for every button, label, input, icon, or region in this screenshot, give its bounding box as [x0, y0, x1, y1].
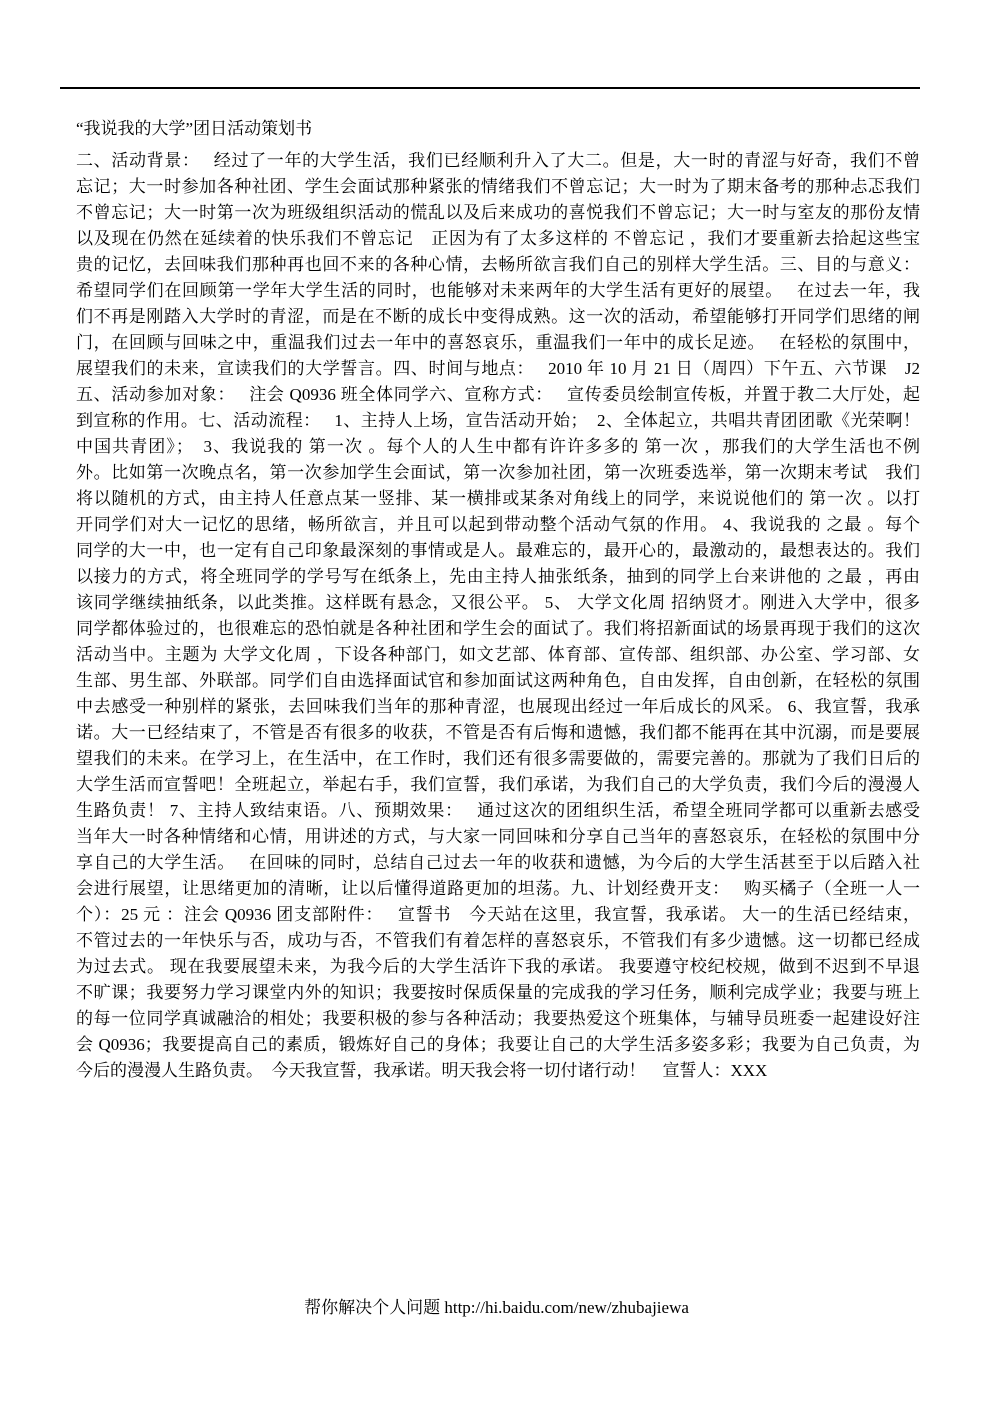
text-line: 诺。大一已经结束了，不管是否有很多的收获，不管是否有后悔和遗憾，我们都不能再在其…: [76, 720, 920, 746]
text-line: 二、活动背景： 经过了一年的大学生活，我们已经顺利升入了大二。但是，大一时的青涩…: [76, 148, 920, 174]
text-line: 到宣称的作用。七、活动流程： 1、主持人上场，宣告活动开始； 2、全体起立，共唱…: [76, 408, 920, 434]
text-line: 希望同学们在回顾第一学年大学生活的同时，也能够对未来两年的大学生活有更好的展望。…: [76, 278, 920, 304]
text-line: 开同学们对大一记忆的思绪，畅所欲言，并且可以起到带动整个活动气氛的作用。 4、我…: [76, 512, 920, 538]
text-line: 为过去式。 现在我要展望未来，为我今后的大学生活许下我的承诺。 我要遵守校纪校规…: [76, 954, 920, 980]
text-line: 不管过去的一年快乐与否，成功与否，不管我们有着怎样的喜怒哀乐，不管我们有多少遗憾…: [76, 928, 920, 954]
text-line: 忘记；大一时参加各种社团、学生会面试那种紧张的情绪我们不曾忘记；大一时为了期末备…: [76, 174, 920, 200]
document-body: 二、活动背景： 经过了一年的大学生活，我们已经顺利升入了大二。但是，大一时的青涩…: [76, 148, 920, 1084]
text-line: 以及现在仍然在延续着的快乐我们不曾忘记 正因为有了太多这样的 不曾忘记 ，我们才…: [76, 226, 920, 252]
text-line: 不曾忘记；大一时第一次为班级组织活动的慌乱以及后来成功的喜悦我们不曾忘记；大一时…: [76, 200, 920, 226]
text-line: 今后的漫漫人生路负责。 今天我宣誓，我承诺。明天我会将一切付诸行动！ 宣誓人：X…: [76, 1058, 920, 1084]
text-line: 望我们的未来。在学习上，在生活中，在工作时，我们还有很多需要做的，需要完善的。那…: [76, 746, 920, 772]
header-rule: [60, 87, 920, 89]
text-line: 当年大一时各种情绪和心情，用讲述的方式，与大家一同回味和分享自己当年的喜怒哀乐，…: [76, 824, 920, 850]
text-line: 五、活动参加对象： 注会 Q0936 班全体同学六、宣称方式： 宣传委员绘制宣传…: [76, 382, 920, 408]
text-line: 中国共青团》； 3、我说我的 第一次 。每个人的人生中都有许许多多的 第一次 ，…: [76, 434, 920, 460]
text-line: 中去感受一种别样的紧张，去回味我们当年的那种青涩，也展现出经过一年后成长的风采。…: [76, 694, 920, 720]
text-line: 以接力的方式，将全班同学的学号写在纸条上，先由主持人抽张纸条，抽到的同学上台来讲…: [76, 564, 920, 590]
text-line: 会 Q0936；我要提高自己的素质，锻炼好自己的身体；我要让自己的大学生活多姿多…: [76, 1032, 920, 1058]
text-line: 同学的大一中，也一定有自己印象最深刻的事情或是人。最难忘的，最开心的，最激动的，…: [76, 538, 920, 564]
text-line: 将以随机的方式，由主持人任意点某一竖排、某一横排或某条对角线上的同学，来说说他们…: [76, 486, 920, 512]
text-line: 外。比如第一次晚点名，第一次参加学生会面试，第一次参加社团，第一次班委选举，第一…: [76, 460, 920, 486]
text-line: 个）：25 元 ：注会 Q0936 团支部附件： 宣誓书 今天站在这里，我宣誓，…: [76, 902, 920, 928]
text-line: 同学都体验过的，也很难忘的恐怕就是各种社团和学生会的面试了。我们将招新面试的场景…: [76, 616, 920, 642]
document-title: “我说我的大学”团日活动策划书: [76, 116, 920, 142]
text-line: 大学生活而宣誓吧！全班起立，举起右手，我们宣誓，我们承诺，为我们自己的大学负责，…: [76, 772, 920, 798]
text-line: 门，在回顾与回味之中，重温我们过去一年中的喜怒哀乐，重温我们一年中的成长足迹。 …: [76, 330, 920, 356]
text-line: 们不再是刚踏入大学时的青涩，而是在不断的成长中变得成熟。这一次的活动，希望能够打…: [76, 304, 920, 330]
text-line: 会进行展望，让思绪更加的清晰，让以后懂得道路更加的坦荡。九、计划经费开支： 购买…: [76, 876, 920, 902]
text-line: 活动当中。主题为 大学文化周 ，下设各种部门，如文艺部、体育部、宣传部、组织部、…: [76, 642, 920, 668]
text-line: 展望我们的未来，宣读我们的大学誓言。四、时间与地点： 2010 年 10 月 2…: [76, 356, 920, 382]
text-line: 享自己的大学生活。 在回味的同时，总结自己过去一年的收获和遗憾，为今后的大学生活…: [76, 850, 920, 876]
text-line: 的每一位同学真诚融洽的相处；我要积极的参与各种活动；我要热爱这个班集体，与辅导员…: [76, 1006, 920, 1032]
text-line: 该同学继续抽纸条，以此类推。这样既有悬念，又很公平。 5、 大学文化周 招纳贤才…: [76, 590, 920, 616]
text-line: 生部、男生部、外联部。同学们自由选择面试官和参加面试这两种角色，自由发挥，自由创…: [76, 668, 920, 694]
footer-text: 帮你解决个人问题 http://hi.baidu.com/new/zhubaji…: [0, 1297, 993, 1319]
text-line: 不旷课；我要努力学习课堂内外的知识；我要按时保质保量的完成我的学习任务，顺利完成…: [76, 980, 920, 1006]
document-page: “我说我的大学”团日活动策划书 二、活动背景： 经过了一年的大学生活，我们已经顺…: [0, 0, 993, 1404]
text-line: 贵的记忆，去回味我们那种再也回不来的各种心情，去畅所欲言我们自己的别样大学生活。…: [76, 252, 920, 278]
text-line: 生路负责！ 7、主持人致结束语。八、预期效果： 通过这次的团组织生活，希望全班同…: [76, 798, 920, 824]
